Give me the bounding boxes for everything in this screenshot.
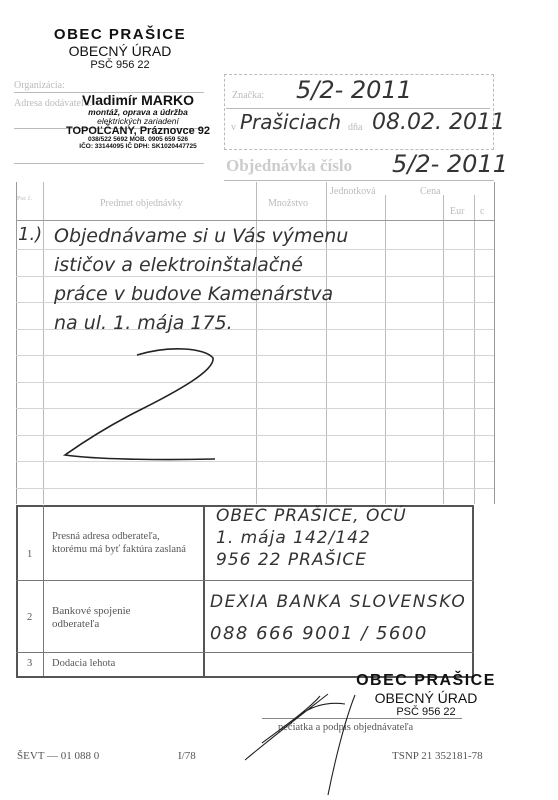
signature-scribble <box>0 0 558 800</box>
footer-edition: I/78 <box>178 750 196 762</box>
footer-standard-code: TSNP 21 352181-78 <box>392 750 483 762</box>
footer-form-code: ŠEVT — 01 088 0 <box>17 750 99 762</box>
